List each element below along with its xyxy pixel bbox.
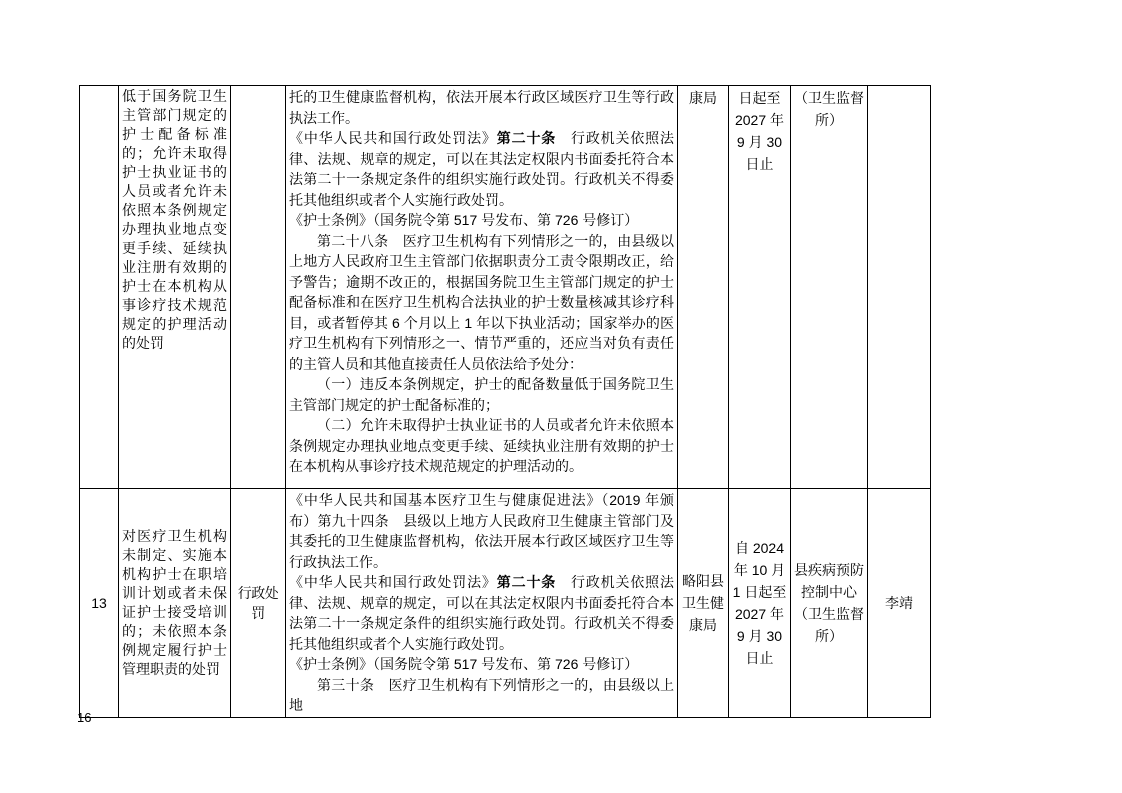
text-run: 第二十八条 医疗卫生机构有下列情形之一的，由县级以上地方人民政府卫生主管部门依据… xyxy=(289,233,674,372)
delegated-org-cell: 县疾病预防控制中心（卫生监督所） xyxy=(791,489,868,718)
text-run: 《中华人民共和国基本医疗卫生与健康促进法》（2019 年颁布）第九十四条 县级以… xyxy=(289,492,674,570)
row-number-cell xyxy=(80,86,119,489)
delegation-table: 低于国务院卫生主管部门规定的护士配备标准的；允许未取得护士执业证书的人员或者允许… xyxy=(79,85,931,718)
page-number: 16 xyxy=(77,710,91,725)
text-run: （二）允许未取得护士执业证书的人员或者允许未依照本条例规定办理执业地点变更手续、… xyxy=(289,417,674,474)
penalty-type-cell xyxy=(231,86,286,489)
text-run: 第三十条 医疗卫生机构有下列情形之一的，由县级以上地 xyxy=(289,677,674,714)
basis-paragraph: 托的卫生健康监督机构，依法开展本行政区域医疗卫生等行政执法工作。 xyxy=(289,87,674,128)
basis-paragraph: 《中华人民共和国基本医疗卫生与健康促进法》（2019 年颁布）第九十四条 县级以… xyxy=(289,490,674,572)
text-run: 《中华人民共和国行政处罚法》 xyxy=(289,574,497,590)
bold-text-run: 第二十条 xyxy=(497,574,556,590)
basis-paragraph: 《护士条例》（国务院令第 517 号发布、第 726 号修订） xyxy=(289,654,674,675)
basis-paragraph: 《中华人民共和国行政处罚法》第二十条 行政机关依照法律、法规、规章的规定，可以在… xyxy=(289,128,674,210)
bold-text-run: 第二十条 xyxy=(497,130,556,146)
basis-paragraph: （二）允许未取得护士执业证书的人员或者允许未依照本条例规定办理执业地点变更手续、… xyxy=(289,415,674,477)
basis-paragraph: 第二十八条 医疗卫生机构有下列情形之一的，由县级以上地方人民政府卫生主管部门依据… xyxy=(289,231,674,375)
text-run: 《护士条例》（国务院令第 517 号发布、第 726 号修订） xyxy=(289,656,638,672)
contact-person-cell: 李靖 xyxy=(868,489,931,718)
delegation-period-cell: 日起至 2027 年 9 月 30 日止 xyxy=(729,86,791,489)
basis-paragraph: 《中华人民共和国行政处罚法》第二十条 行政机关依照法律、法规、规章的规定，可以在… xyxy=(289,572,674,654)
basis-paragraph: （一）违反本条例规定，护士的配备数量低于国务院卫生主管部门规定的护士配备标准的； xyxy=(289,374,674,415)
penalty-type-cell: 行政处罚 xyxy=(231,489,286,718)
penalty-item-cell: 低于国务院卫生主管部门规定的护士配备标准的；允许未取得护士执业证书的人员或者允许… xyxy=(119,86,231,489)
delegated-org-cell: （卫生监督所） xyxy=(791,86,868,489)
document-page: 低于国务院卫生主管部门规定的护士配备标准的；允许未取得护士执业证书的人员或者允许… xyxy=(0,0,1122,793)
implementing-agency-cell: 略阳县卫生健康局 xyxy=(678,489,729,718)
table-row: 低于国务院卫生主管部门规定的护士配备标准的；允许未取得护士执业证书的人员或者允许… xyxy=(80,86,931,489)
implementing-agency-cell: 康局 xyxy=(678,86,729,489)
contact-person-cell xyxy=(868,86,931,489)
table-row: 13 对医疗卫生机构未制定、实施本机构护士在职培训计划或者未保证护士接受培训的；… xyxy=(80,489,931,718)
text-run: 《中华人民共和国行政处罚法》 xyxy=(289,130,497,146)
text-run: 《护士条例》（国务院令第 517 号发布、第 726 号修订） xyxy=(289,212,638,228)
penalty-item-cell: 对医疗卫生机构未制定、实施本机构护士在职培训计划或者未保证护士接受培训的；未依照… xyxy=(119,489,231,718)
row-number-cell: 13 xyxy=(80,489,119,718)
legal-basis-cell: 托的卫生健康监督机构，依法开展本行政区域医疗卫生等行政执法工作。《中华人民共和国… xyxy=(286,86,678,489)
delegation-period-cell: 自 2024 年 10 月 1 日起至 2027 年 9 月 30 日止 xyxy=(729,489,791,718)
legal-basis-cell: 《中华人民共和国基本医疗卫生与健康促进法》（2019 年颁布）第九十四条 县级以… xyxy=(286,489,678,718)
text-run: （一）违反本条例规定，护士的配备数量低于国务院卫生主管部门规定的护士配备标准的； xyxy=(289,376,674,413)
basis-paragraph: 《护士条例》（国务院令第 517 号发布、第 726 号修订） xyxy=(289,210,674,231)
basis-paragraph: 第三十条 医疗卫生机构有下列情形之一的，由县级以上地 xyxy=(289,675,674,716)
text-run: 托的卫生健康监督机构，依法开展本行政区域医疗卫生等行政执法工作。 xyxy=(289,89,674,126)
